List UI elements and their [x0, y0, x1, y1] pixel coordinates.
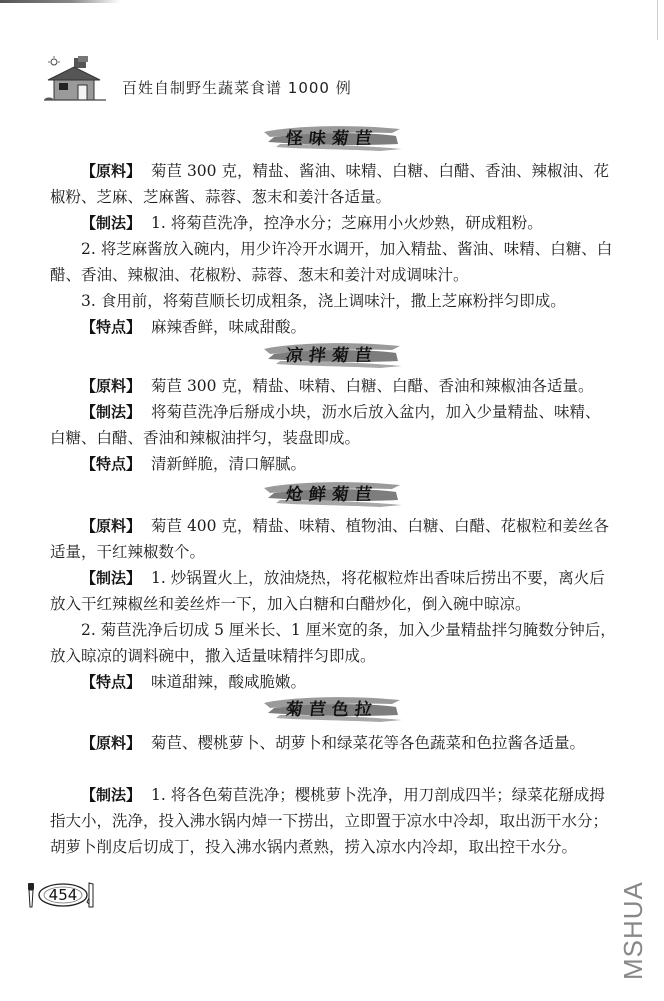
features-label: 【特点】 — [81, 318, 141, 336]
ingredients-label: 【原料】 — [81, 517, 141, 535]
features-label: 【特点】 — [81, 673, 141, 691]
features-text: 清新鲜脆，清口解腻。 — [151, 455, 306, 473]
page-number-badge: 454 — [27, 880, 95, 910]
recipe-2-method: 【制法】将菊苣洗净后掰成小块，沥水后放入盆内，加入少量精盐、味精、白糖、白醋、香… — [50, 399, 616, 451]
brush-stroke: 怪味菊苣 — [272, 122, 392, 150]
features-label: 【特点】 — [81, 455, 141, 473]
ingredients-label: 【原料】 — [81, 162, 141, 180]
recipe-4-ingredients: 【原料】菊苣、樱桃萝卜、胡萝卜和绿菜花等各色蔬菜和色拉酱各适量。 — [50, 730, 616, 756]
recipe-4-method: 【制法】1. 将各色菊苣洗净；樱桃萝卜洗净，用刀剖成四半；绿菜花掰成拇指大小，洗… — [50, 782, 616, 860]
book-title: 百姓自制野生蔬菜食谱 1000 例 — [122, 77, 352, 98]
recipe-heading-1: 怪味菊苣 — [0, 119, 664, 153]
brush-stroke: 炝鲜菊苣 — [272, 478, 392, 506]
method-label: 【制法】 — [81, 569, 141, 587]
ingredients-text: 菊苣、樱桃萝卜、胡萝卜和绿菜花等各色蔬菜和色拉酱各适量。 — [151, 734, 585, 752]
recipe-3-ingredients: 【原料】菊苣 400 克，精盐、味精、植物油、白糖、白醋、花椒粒和姜丝各适量，干… — [50, 513, 616, 565]
recipe-1-method-step-2: 2. 将芝麻酱放入碗内，用少许冷开水调开，加入精盐、酱油、味精、白糖、白醋、香油… — [50, 236, 616, 288]
brush-stroke: 菊苣色拉 — [272, 693, 392, 721]
method-step-1: 1. 将菊苣洗净，控净水分；芝麻用小火炒熟，研成粗粉。 — [151, 214, 543, 232]
page-number: 454 — [48, 886, 78, 904]
method-label: 【制法】 — [81, 403, 141, 421]
recipe-heading-2: 凉拌菊苣 — [0, 336, 664, 370]
watermark: MSHUA — [618, 881, 649, 980]
brush-stroke: 凉拌菊苣 — [272, 339, 392, 367]
recipe-title: 怪味菊苣 — [285, 124, 380, 149]
ingredients-text: 菊苣 300 克，精盐、味精、白糖、白醋、香油和辣椒油各适量。 — [151, 377, 593, 395]
recipe-1-ingredients: 【原料】菊苣 300 克，精盐、酱油、味精、白糖、白醋、香油、辣椒油、花椒粉、芝… — [50, 158, 616, 210]
running-header: 百姓自制野生蔬菜食谱 1000 例 — [44, 54, 352, 104]
ingredients-label: 【原料】 — [81, 377, 141, 395]
method-label: 【制法】 — [81, 786, 141, 804]
features-text: 麻辣香鲜，味咸甜酸。 — [151, 318, 306, 336]
recipe-1-method: 【制法】1. 将菊苣洗净，控净水分；芝麻用小火炒熟，研成粗粉。 — [50, 210, 616, 236]
recipe-heading-4: 菊苣色拉 — [0, 690, 664, 724]
recipe-2-ingredients: 【原料】菊苣 300 克，精盐、味精、白糖、白醋、香油和辣椒油各适量。 — [50, 373, 616, 399]
recipe-heading-3: 炝鲜菊苣 — [0, 475, 664, 509]
page-edge-line — [657, 0, 658, 40]
features-text: 味道甜辣，酸咸脆嫩。 — [151, 673, 306, 691]
house-icon — [44, 54, 106, 104]
recipe-title: 菊苣色拉 — [285, 695, 380, 720]
ingredients-label: 【原料】 — [81, 734, 141, 752]
recipe-title: 凉拌菊苣 — [285, 341, 380, 366]
page-edge-shadow — [0, 0, 120, 3]
recipe-3-method-step-2: 2. 菊苣洗净后切成 5 厘米长、1 厘米宽的条，加入少量精盐拌匀腌数分钟后，放… — [50, 617, 616, 669]
recipe-3-method: 【制法】1. 炒锅置火上，放油烧热，将花椒粒炸出香味后捞出不要，离火后放入干红辣… — [50, 565, 616, 617]
recipe-title: 炝鲜菊苣 — [285, 480, 380, 505]
recipe-1-method-step-3: 3. 食用前，将菊苣顺长切成粗条，浇上调味汁，撒上芝麻粉拌匀即成。 — [50, 288, 616, 314]
method-label: 【制法】 — [81, 214, 141, 232]
recipe-2-features: 【特点】清新鲜脆，清口解腻。 — [50, 451, 616, 477]
